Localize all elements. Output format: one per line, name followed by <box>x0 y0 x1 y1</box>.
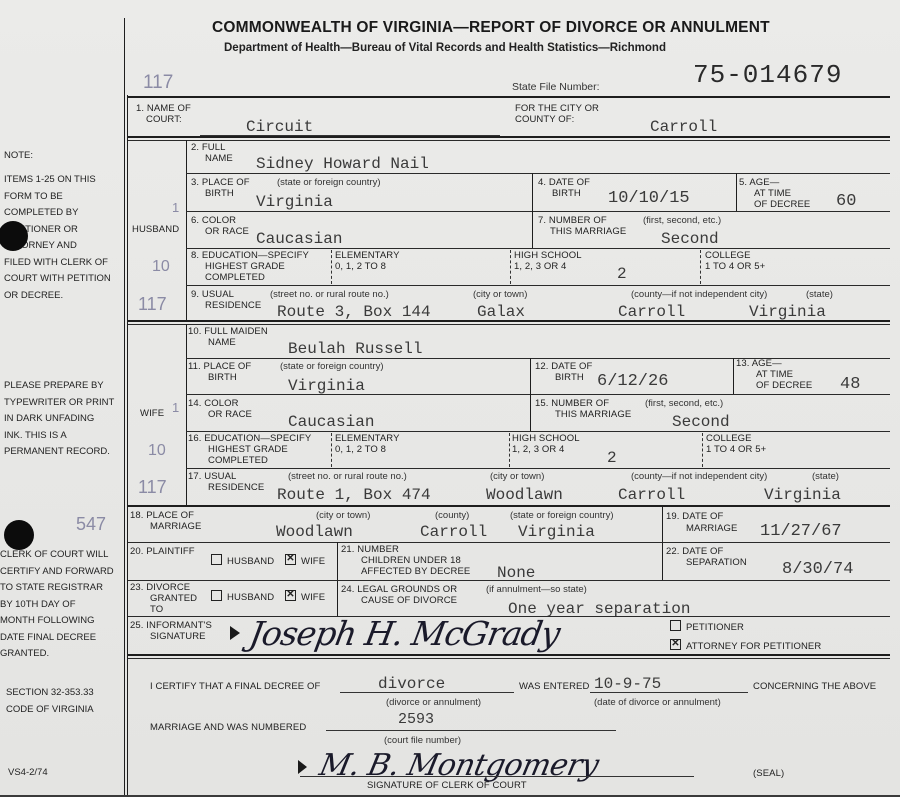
informant-petitioner-checkbox[interactable]: PETITIONER <box>670 620 744 633</box>
separation-label: 22. DATE OFSEPARATION <box>666 546 747 568</box>
pencil-mark: 10 <box>148 442 166 460</box>
state-file-label: State File Number: <box>512 82 600 93</box>
rule <box>186 211 890 212</box>
rule <box>186 468 890 469</box>
wife-edu-highschool: 2 <box>607 450 617 466</box>
arrow-right-icon <box>298 760 307 774</box>
pencil-note-117: 117 <box>143 72 173 94</box>
divider <box>532 173 533 211</box>
husband-dob: 10/10/15 <box>608 191 690 207</box>
marriage-county-hint: (county) <box>435 510 469 521</box>
marriage-date: 11/27/67 <box>760 524 842 540</box>
wife-birthplace-label: 11. PLACE OFBIRTH <box>188 361 251 383</box>
marriage-city-hint: (city or town) <box>316 510 370 521</box>
divider <box>702 433 703 467</box>
husband-birthplace-hint: (state or foreign country) <box>277 177 381 188</box>
wife-race: Caucasian <box>288 414 374 430</box>
husband-divider <box>186 140 187 320</box>
husband-age: 60 <box>836 194 856 210</box>
form-left-border-inner <box>127 95 128 797</box>
checkbox-checked-icon <box>285 590 296 601</box>
wife-edu-highschool-label: HIGH SCHOOL1, 2, 3 OR 4 <box>512 433 580 455</box>
pencil-mark: 1 <box>172 400 179 415</box>
rule <box>186 394 890 395</box>
certify-text-1: I CERTIFY THAT A FINAL DECREE OF <box>150 681 320 692</box>
pencil-note-547: 547 <box>76 514 106 535</box>
pencil-mark: 117 <box>138 477 167 498</box>
marriage-date-label: 19. DATE OFMARRIAGE <box>666 511 737 534</box>
decree-type-hint: (divorce or annulment) <box>386 697 481 708</box>
wife-full-name: Beulah Russell <box>288 341 422 357</box>
granted-wife-checkbox[interactable]: WIFE <box>285 590 325 603</box>
wife-birthplace: Virginia <box>288 378 365 394</box>
sidebar-note-title: NOTE: <box>4 148 33 165</box>
wife-res-state-hint: (state) <box>812 471 839 482</box>
rule <box>128 580 890 581</box>
wife-age-label: 13. AGE—AT TIMEOF DECREE <box>736 358 812 391</box>
rule <box>128 96 890 98</box>
checkbox-empty-icon <box>211 554 222 565</box>
husband-birthplace: Virginia <box>256 194 333 210</box>
husband-race: Caucasian <box>256 231 342 247</box>
date-entered-hint: (date of divorce or annulment) <box>594 697 721 708</box>
grounds-label: 24. LEGAL GROUNDS ORCAUSE OF DIVORCE <box>341 584 457 606</box>
marriage-state: Virginia <box>518 524 595 540</box>
pencil-mark: 1 <box>172 200 179 215</box>
sidebar-clerk-instructions: CLERK OF COURT WILL CERTIFY AND FORWARD … <box>0 547 114 663</box>
plaintiff-label: 20. PLAINTIFF <box>130 546 195 557</box>
marriage-place-label: 18. PLACE OFMARRIAGE <box>130 510 201 532</box>
pencil-mark: 117 <box>138 294 167 315</box>
rule <box>128 542 890 543</box>
rule <box>128 654 890 656</box>
wife-marriage-num-hint: (first, second, etc.) <box>645 398 723 409</box>
wife-dob-label: 12. DATE OFBIRTH <box>535 361 592 383</box>
certify-text-2: WAS ENTERED <box>519 681 589 692</box>
clerk-signature-label: SIGNATURE OF CLERK OF COURT <box>367 780 527 791</box>
husband-res-street: Route 3, Box 144 <box>277 304 431 320</box>
husband-res-state-hint: (state) <box>806 289 833 300</box>
form-title: COMMONWEALTH OF VIRGINIA—REPORT OF DIVOR… <box>212 19 770 37</box>
certify-text-4: MARRIAGE AND WAS NUMBERED <box>150 722 306 733</box>
marriage-county: Carroll <box>420 524 487 540</box>
husband-education-label: 8. EDUCATION—SPECIFYHIGHEST GRADECOMPLET… <box>191 250 309 283</box>
wife-res-street-hint: (street no. or rural route no.) <box>288 471 407 482</box>
decree-type-underline <box>340 692 514 693</box>
children-value: None <box>497 565 535 581</box>
wife-divider <box>186 324 187 505</box>
divider <box>331 250 332 284</box>
form-left-border <box>124 18 125 797</box>
husband-res-county-hint: (county—if not independent city) <box>631 289 767 300</box>
husband-edu-highschool: 2 <box>617 266 627 282</box>
divider <box>509 433 510 467</box>
rule <box>186 248 890 249</box>
husband-birthplace-label: 3. PLACE OFBIRTH <box>191 177 250 199</box>
checkbox-empty-icon <box>670 620 681 631</box>
decree-type: divorce <box>378 676 445 692</box>
file-number-hint: (court file number) <box>384 735 461 746</box>
date-entered-underline <box>590 692 748 693</box>
rule <box>128 320 890 322</box>
husband-marriage-num-label: 7. NUMBER OFTHIS MARRIAGE <box>538 215 626 237</box>
divider <box>510 250 511 284</box>
divider <box>530 394 531 431</box>
husband-res-state: Virginia <box>749 304 826 320</box>
divider <box>530 358 531 394</box>
wife-name-label: 10. FULL MAIDENNAME <box>188 326 268 348</box>
sidebar-code-section: SECTION 32-353.33 CODE OF VIRGINIA <box>6 685 94 718</box>
marriage-state-hint: (state or foreign country) <box>510 510 614 521</box>
wife-res-county-hint: (county—if not independent city) <box>631 471 767 482</box>
husband-edu-highschool-label: HIGH SCHOOL1, 2, 3 OR 4 <box>514 250 582 272</box>
plaintiff-wife-checkbox[interactable]: WIFE <box>285 554 325 567</box>
clerk-signature-underline <box>300 776 694 777</box>
rule <box>128 658 890 659</box>
file-number-underline <box>326 730 616 731</box>
husband-marriage-num: Second <box>661 231 719 247</box>
court-name-label: 1. NAME OFCOURT: <box>136 103 191 125</box>
separation-date: 8/30/74 <box>782 562 853 578</box>
court-county-label: FOR THE CITY ORCOUNTY OF: <box>515 103 599 125</box>
checkbox-checked-icon <box>285 554 296 565</box>
husband-section-label: HUSBAND <box>132 224 179 235</box>
arrow-right-icon <box>230 626 240 640</box>
wife-res-city-hint: (city or town) <box>490 471 544 482</box>
divorce-report-form: COMMONWEALTH OF VIRGINIA—REPORT OF DIVOR… <box>0 0 900 797</box>
sidebar-prepare-instructions: PLEASE PREPARE BY TYPEWRITER OR PRINT IN… <box>4 378 114 461</box>
husband-res-street-hint: (street no. or rural route no.) <box>270 289 389 300</box>
wife-section-label: WIFE <box>140 408 164 419</box>
husband-full-name: Sidney Howard Nail <box>256 156 429 172</box>
clerk-signature[interactable]: M. B. Montgomery <box>316 748 601 783</box>
rule <box>128 324 890 325</box>
wife-age: 48 <box>840 377 860 393</box>
children-label: 21. NUMBERCHILDREN UNDER 18AFFECTED BY D… <box>341 544 470 577</box>
wife-marriage-num-label: 15. NUMBER OFTHIS MARRIAGE <box>535 398 631 420</box>
husband-marriage-num-hint: (first, second, etc.) <box>643 215 721 226</box>
granted-husband-checkbox[interactable]: HUSBAND <box>211 590 274 603</box>
divider <box>331 433 332 467</box>
wife-residence-label: 17. USUALRESIDENCE <box>188 471 264 493</box>
pencil-mark: 10 <box>152 258 170 276</box>
plaintiff-husband-checkbox[interactable]: HUSBAND <box>211 554 274 567</box>
wife-dob: 6/12/26 <box>597 374 668 390</box>
wife-res-county: Carroll <box>618 487 685 503</box>
wife-race-label: 14. COLOROR RACE <box>188 398 252 420</box>
husband-edu-college-label: COLLEGE1 TO 4 OR 5+ <box>705 250 765 272</box>
wife-res-state: Virginia <box>764 487 841 503</box>
checkbox-checked-icon <box>670 639 681 650</box>
wife-marriage-num: Second <box>672 414 730 430</box>
informant-label: 25. INFORMANT'SSIGNATURE <box>130 620 212 642</box>
husband-edu-elementary-label: ELEMENTARY0, 1, 2 TO 8 <box>335 250 400 272</box>
rule <box>128 505 890 507</box>
divider <box>736 173 737 211</box>
divider <box>532 211 533 248</box>
court-name-value: Circuit <box>246 119 313 135</box>
wife-birthplace-hint: (state or foreign country) <box>280 361 384 372</box>
rule <box>128 140 890 141</box>
form-subtitle: Department of Health—Bureau of Vital Rec… <box>224 42 666 54</box>
grounds-hint: (if annulment—so state) <box>486 584 587 595</box>
wife-res-street: Route 1, Box 474 <box>277 487 431 503</box>
informant-signature[interactable]: Joseph H. McGrady <box>247 614 563 653</box>
husband-res-city-hint: (city or town) <box>473 289 527 300</box>
wife-edu-elementary-label: ELEMENTARY0, 1, 2 TO 8 <box>335 433 400 455</box>
certify-text-3: CONCERNING THE ABOVE <box>753 681 876 692</box>
divider <box>700 250 701 284</box>
divider <box>733 358 734 394</box>
checkbox-empty-icon <box>211 590 222 601</box>
husband-race-label: 6. COLOROR RACE <box>191 215 249 237</box>
wife-edu-college-label: COLLEGE1 TO 4 OR 5+ <box>706 433 766 455</box>
seal-label: (SEAL) <box>753 768 784 779</box>
husband-residence-label: 9. USUALRESIDENCE <box>191 289 261 311</box>
rule <box>128 136 890 138</box>
husband-dob-label: 4. DATE OFBIRTH <box>538 177 590 199</box>
rule <box>186 285 890 286</box>
form-code: VS4-2/74 <box>8 765 48 782</box>
court-county-value: Carroll <box>650 119 717 135</box>
informant-attorney-checkbox[interactable]: ATTORNEY FOR PETITIONER <box>670 639 821 652</box>
state-file-number: 75-014679 <box>693 60 842 90</box>
husband-res-county: Carroll <box>618 304 685 320</box>
rule <box>186 173 890 174</box>
divider <box>337 542 338 616</box>
wife-res-city: Woodlawn <box>486 487 563 503</box>
wife-education-label: 16. EDUCATION—SPECIFYHIGHEST GRADECOMPLE… <box>188 433 311 466</box>
file-number: 2593 <box>398 712 434 728</box>
marriage-city: Woodlawn <box>276 524 353 540</box>
husband-age-label: 5. AGE—AT TIMEOF DECREE <box>739 177 810 210</box>
date-entered: 10-9-75 <box>594 676 661 692</box>
husband-name-label: 2. FULLNAME <box>191 142 233 164</box>
granted-label: 23. DIVORCEGRANTEDTO <box>130 582 197 615</box>
husband-res-city: Galax <box>477 304 525 320</box>
rule <box>186 431 890 432</box>
punch-hole-bottom <box>4 520 34 550</box>
